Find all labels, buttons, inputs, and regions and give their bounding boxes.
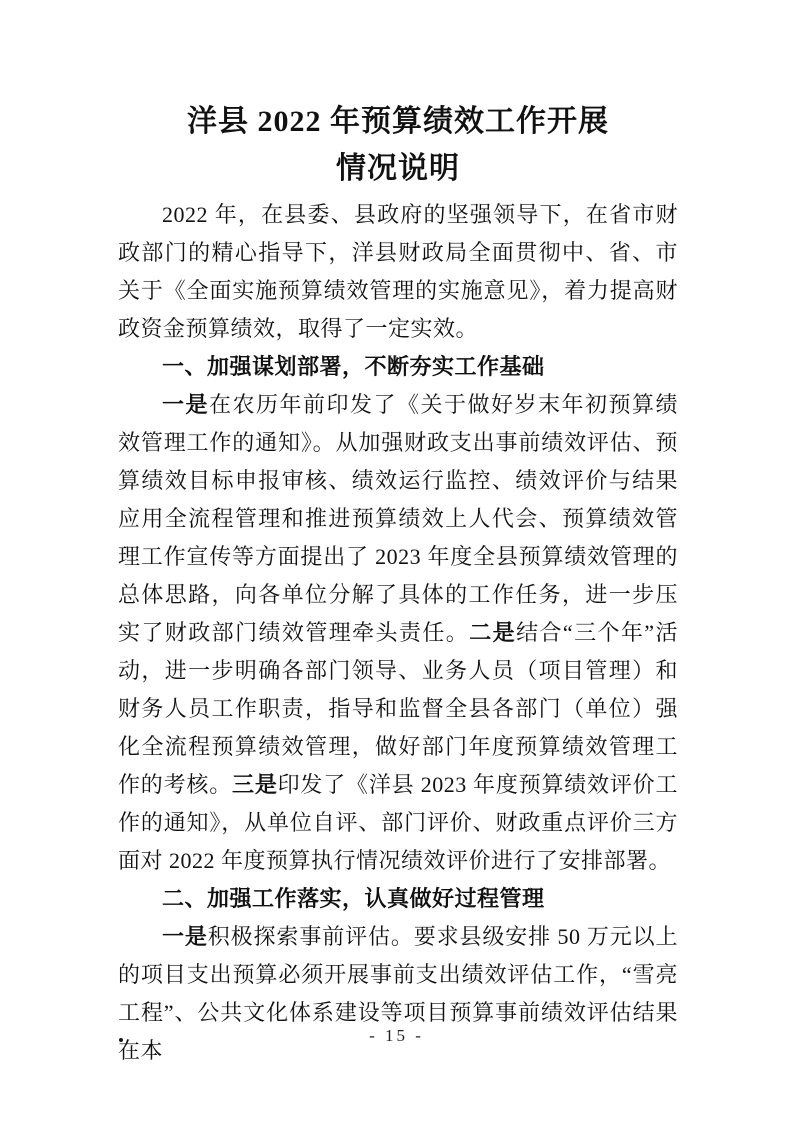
paragraph-intro: 2022 年，在县委、县政府的坚强领导下，在省市财政部门的精心指导下，洋县财政局… bbox=[118, 196, 678, 348]
paragraph-section2: 一是积极探索事前评估。要求县级安排 50 万元以上的项目支出预算必须开展事前支出… bbox=[118, 918, 678, 1070]
stray-dot-mark bbox=[119, 1038, 123, 1042]
title-line-1: 洋县 2022 年预算绩效工作开展 bbox=[118, 98, 678, 145]
emphasis-first-point: 一是 bbox=[162, 392, 209, 417]
paragraph-section1: 一是在农历年前印发了《关于做好岁末年初预算绩效管理工作的通知》。从加强财政支出事… bbox=[118, 386, 678, 880]
emphasis-third-point: 三是 bbox=[232, 772, 278, 797]
document-page: 洋县 2022 年预算绩效工作开展 情况说明 2022 年，在县委、县政府的坚强… bbox=[0, 0, 793, 1122]
section-heading-1: 一、加强谋划部署，不断夯实工作基础 bbox=[118, 348, 678, 386]
section1-point1-text: 在农历年前印发了《关于做好岁末年初预算绩效管理工作的通知》。从加强财政支出事前绩… bbox=[118, 392, 678, 645]
title-line-2: 情况说明 bbox=[118, 145, 678, 192]
document-content: 洋县 2022 年预算绩效工作开展 情况说明 2022 年，在县委、县政府的坚强… bbox=[118, 0, 678, 1070]
page-footer: - 15 - bbox=[0, 1026, 793, 1046]
emphasis-first-point-2: 一是 bbox=[162, 924, 208, 949]
page-number: - 15 - bbox=[369, 1026, 424, 1045]
section1-point2-text: 结合“三个年”活动，进一步明确各部门领导、业务人员（项目管理）和财务人员工作职责… bbox=[118, 620, 678, 797]
document-title: 洋县 2022 年预算绩效工作开展 情况说明 bbox=[118, 98, 678, 192]
section-heading-2: 二、加强工作落实，认真做好过程管理 bbox=[118, 880, 678, 918]
emphasis-second-point: 二是 bbox=[469, 620, 516, 645]
